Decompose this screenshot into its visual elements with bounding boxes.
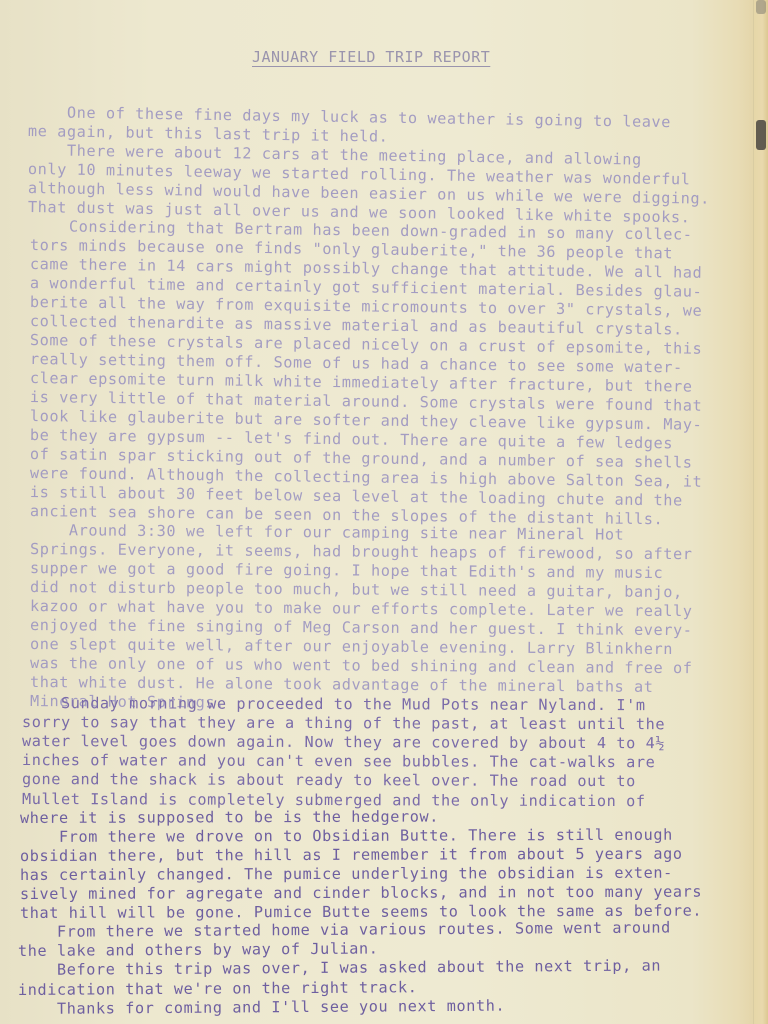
text-line: From there we started home via various r… — [18, 919, 671, 942]
text-line: Mullet Island is completely submerged an… — [22, 790, 646, 810]
text-line: obsidian there, but the hill as I rememb… — [20, 844, 683, 864]
text-line: From there we drove on to Obsidian Butte… — [20, 825, 673, 845]
document-title: JANUARY FIELD TRIP REPORT — [252, 48, 490, 66]
typewritten-document: JANUARY FIELD TRIP REPORT One of these f… — [0, 0, 768, 1024]
text-line: sively mined for agregate and cinder blo… — [20, 883, 702, 903]
text-line: gone and the shack is about ready to kee… — [22, 770, 636, 790]
text-line: inches of water and you can't even see b… — [22, 751, 655, 771]
text-line: the lake and others by way of Julian. — [18, 940, 379, 961]
text-line: Thanks for coming and I'll see you next … — [18, 996, 505, 1017]
text-line: Before this trip was over, I was asked a… — [18, 957, 661, 979]
text-line: Sunday morning we proceeded to the Mud P… — [22, 694, 646, 714]
text-line: sorry to say that they are a thing of th… — [22, 713, 665, 733]
text-line: where it is supposed to be is the hedger… — [20, 807, 439, 826]
text-line: indication that we're on the right track… — [18, 978, 418, 999]
text-line: has certainly changed. The pumice underl… — [20, 864, 673, 884]
text-line: water level goes down again. Now they ar… — [22, 732, 665, 752]
